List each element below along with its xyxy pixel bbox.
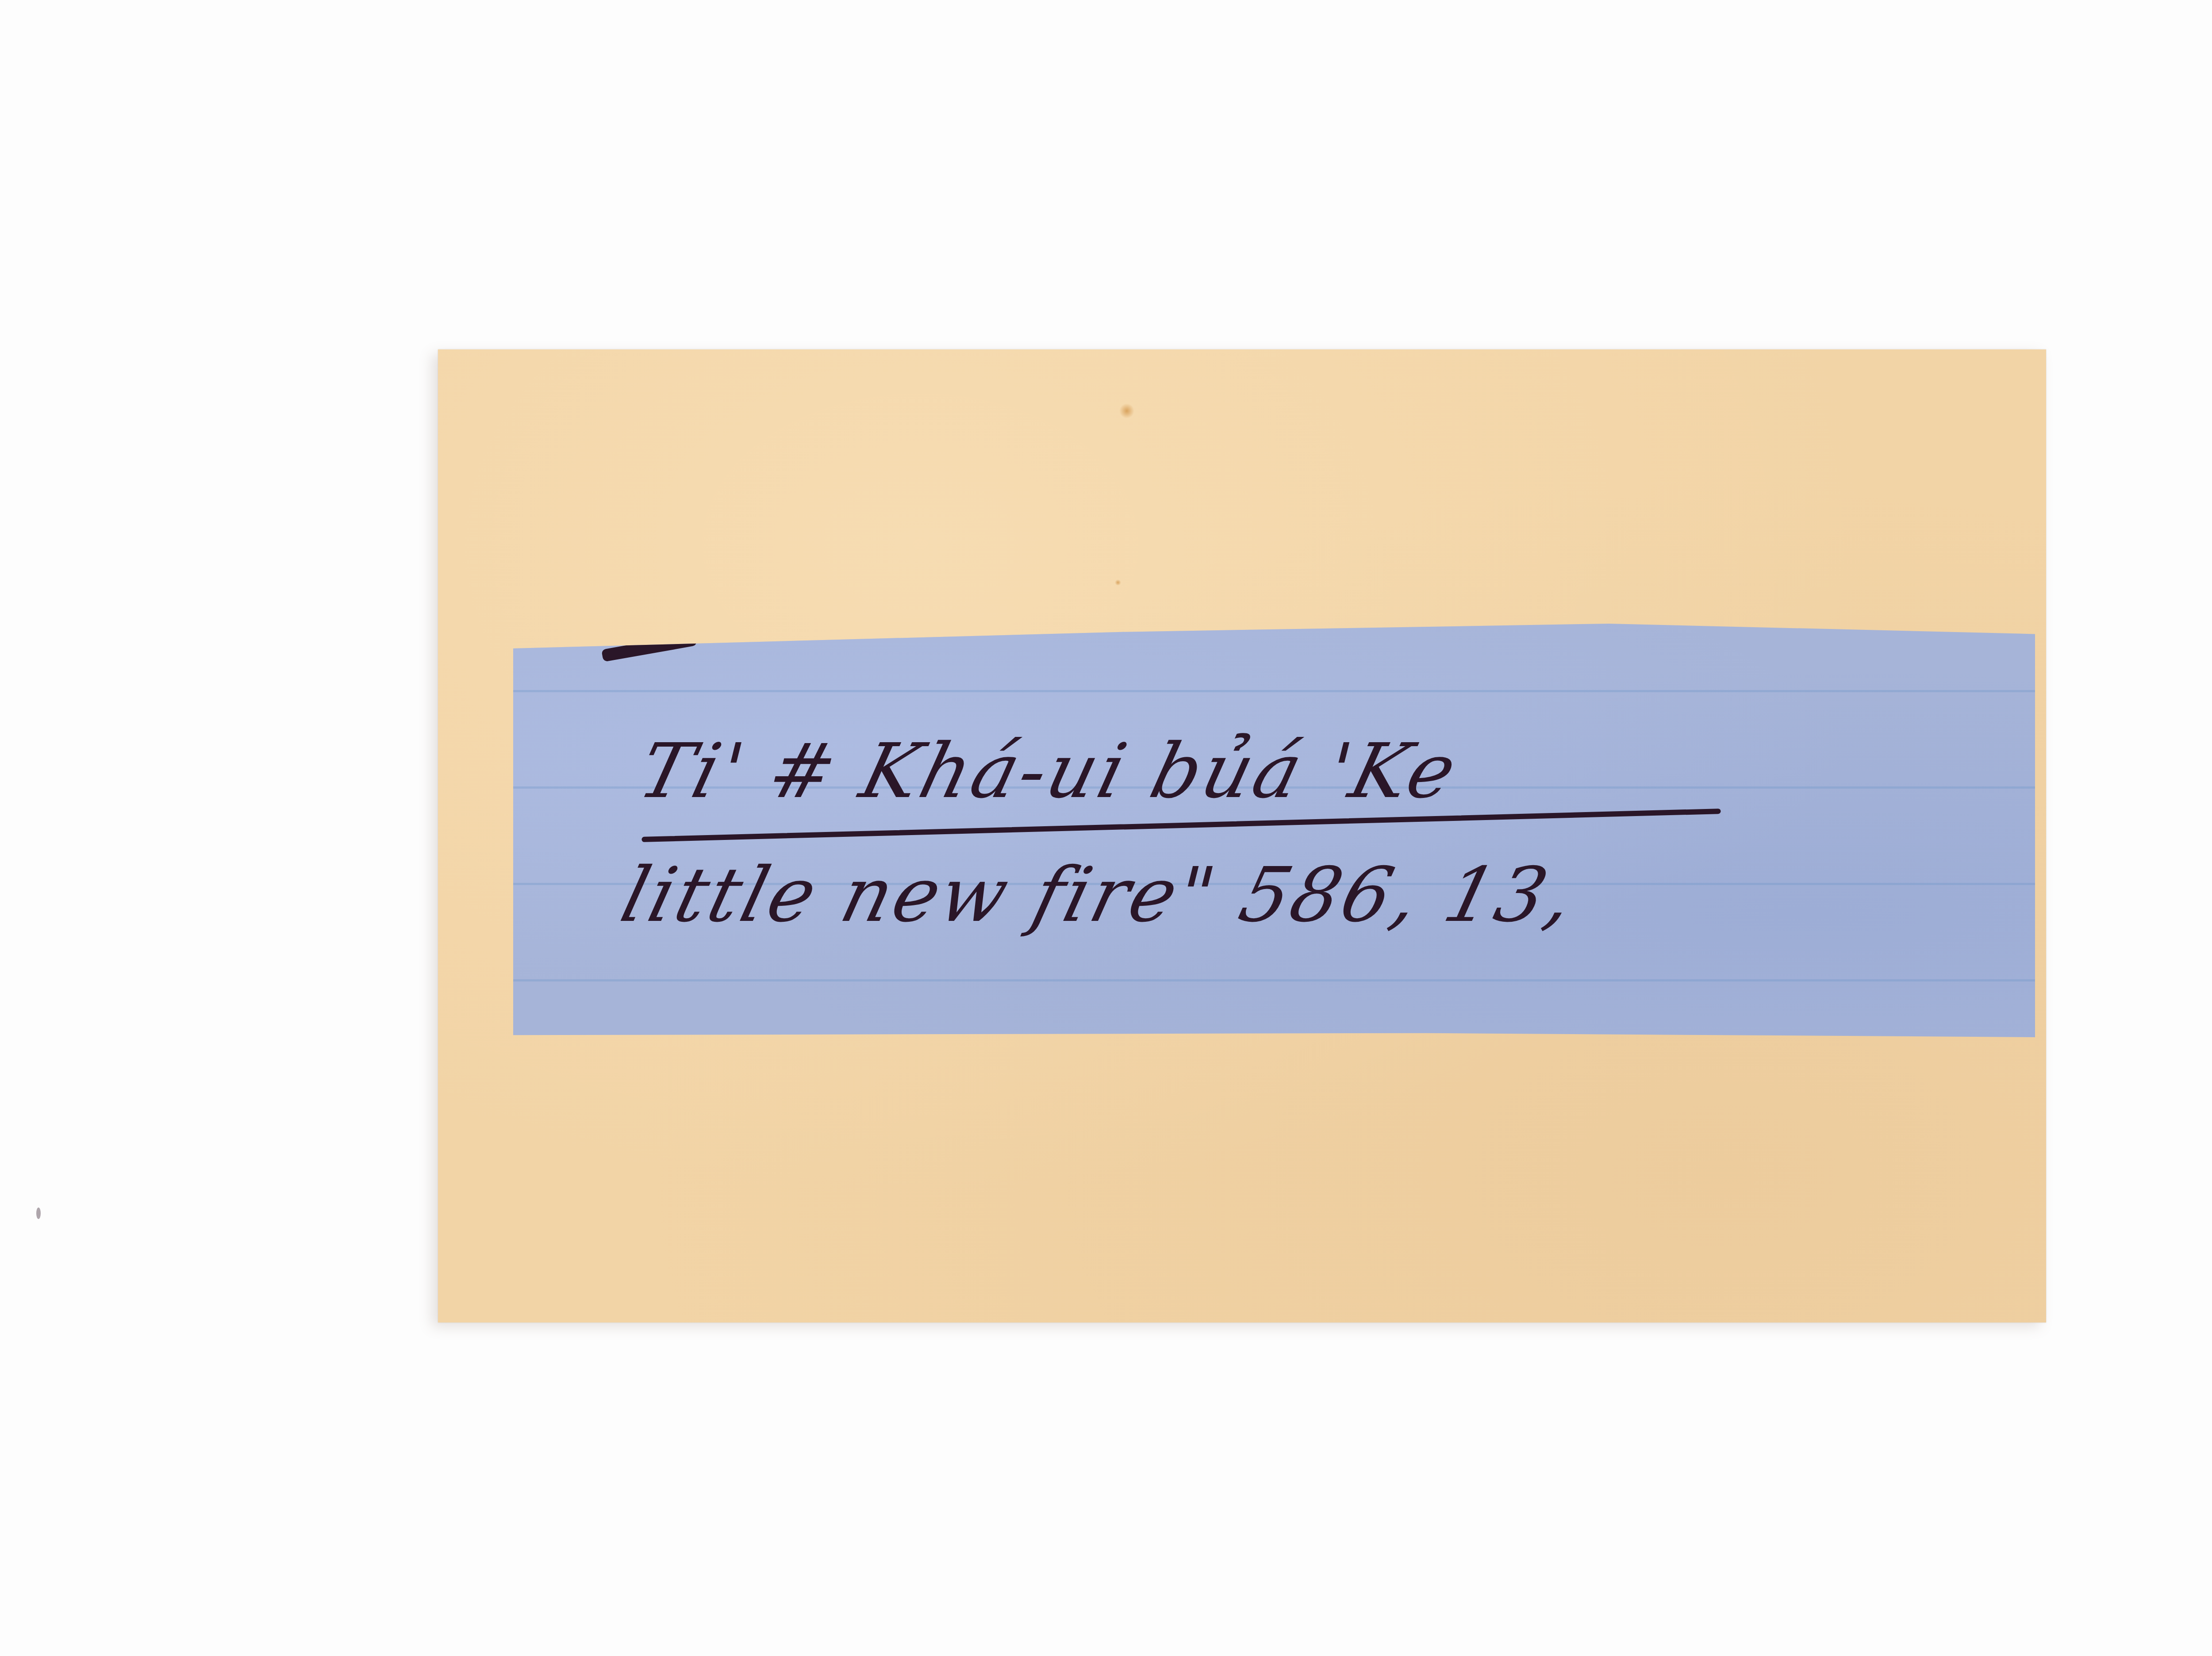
- blue-paper-strip: Ti' # Khá-ui bủá 'Ke little new fire" 58…: [513, 624, 2035, 1037]
- dust-speck: [36, 1207, 41, 1219]
- handwriting-line-2: little new fire" 586, 13,: [613, 851, 1585, 939]
- handwriting-line-1: Ti' # Khá-ui bủá 'Ke: [630, 728, 1467, 815]
- foxing-spot: [1115, 579, 1121, 586]
- foxing-spot: [1119, 403, 1134, 418]
- ink-dash-mark: [601, 633, 697, 662]
- tan-mounting-card: Ti' # Khá-ui bủá 'Ke little new fire" 58…: [438, 349, 2046, 1322]
